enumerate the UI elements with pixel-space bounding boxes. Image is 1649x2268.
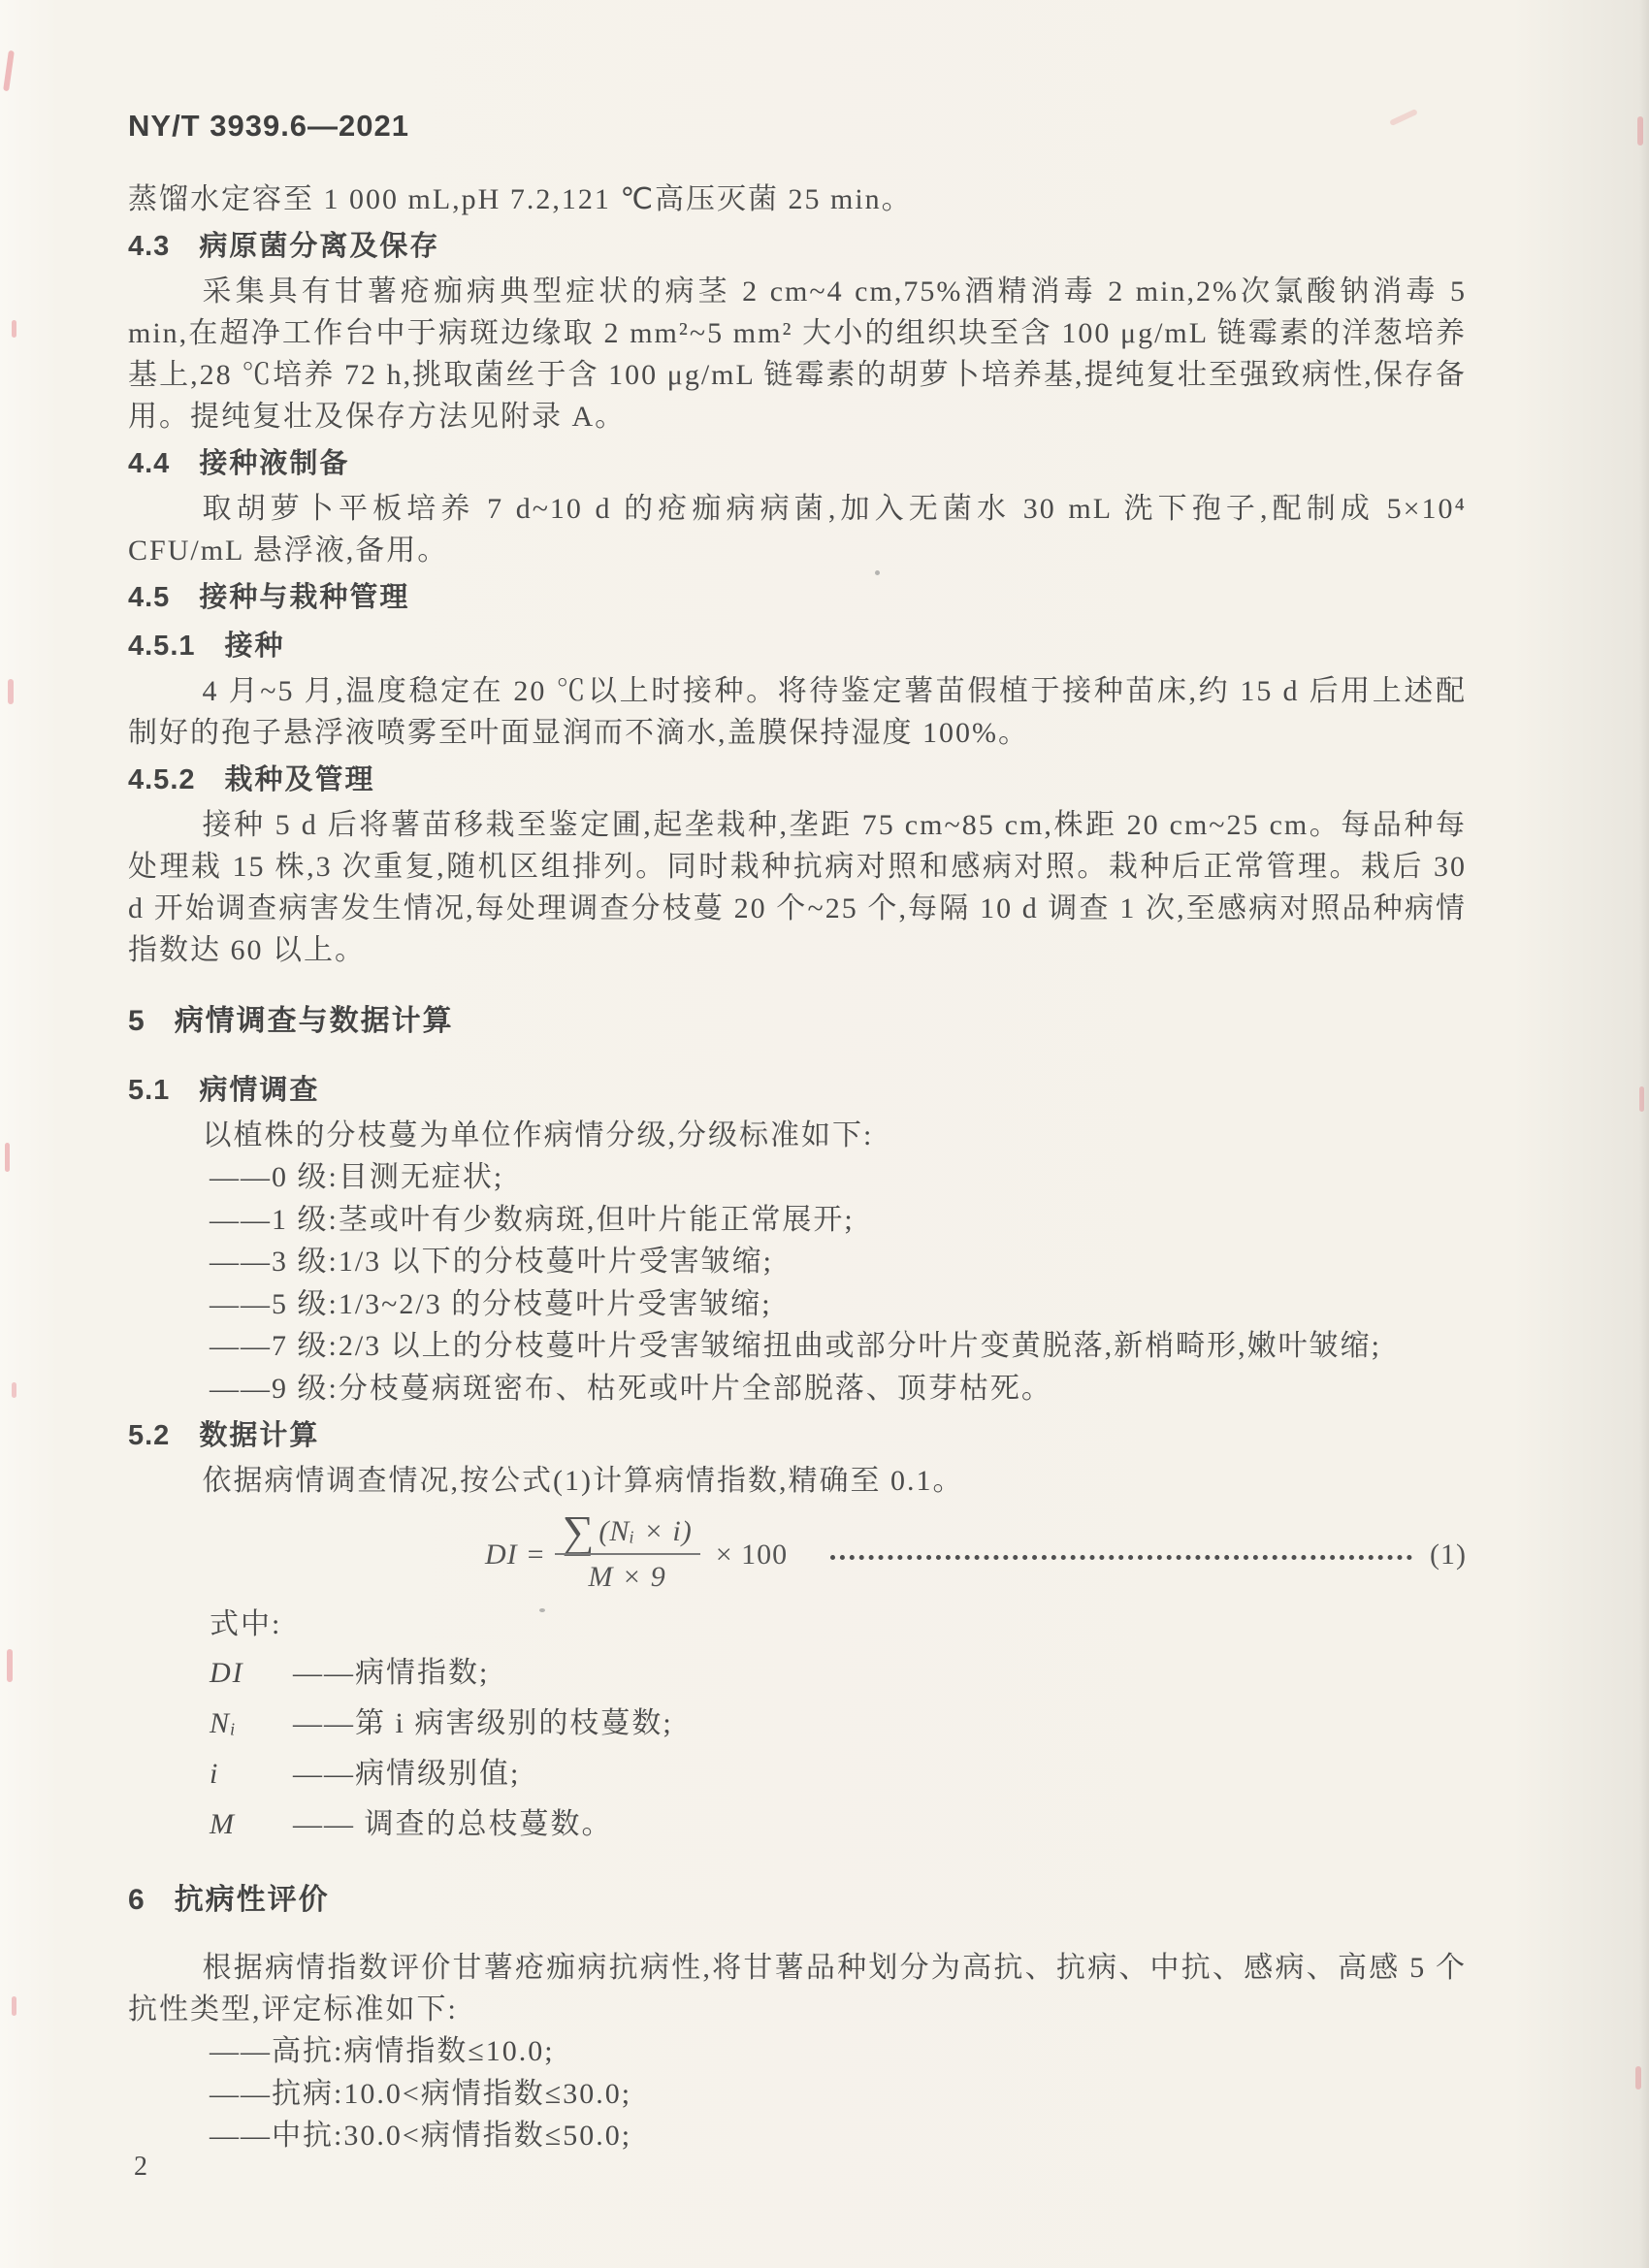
heading-number: 5.1 [128,1068,170,1113]
scan-artifact [3,50,15,91]
scan-artifact [12,1996,16,2016]
dotted-leader [830,1555,1412,1560]
definition-text: ——病情指数; [293,1648,489,1699]
scan-artifact [12,320,16,338]
paragraph-4-3: 采集具有甘薯疮痂病典型症状的病茎 2 cm~4 cm,75%酒精消毒 2 min… [128,271,1467,437]
page-number: 2 [134,2152,147,2183]
heading-title: 抗病性评价 [175,1877,330,1924]
heading-number: 4.5.1 [128,624,196,668]
criteria-item-high-resistance: ——高抗:病情指数≤10.0; [210,2030,1467,2073]
heading-4-4: 4.4 接种液制备 [128,441,1467,486]
sigma-symbol: ∑ [563,1515,596,1548]
heading-5: 5 病情调查与数据计算 [128,998,1467,1045]
heading-number: 4.4 [128,441,170,486]
heading-number: 6 [128,1877,145,1924]
paragraph-4-4: 取胡萝卜平板培养 7 d~10 d 的疮痂病病菌,加入无菌水 30 mL 洗下孢… [128,488,1467,571]
definition-Ni: Nᵢ ——第 i 病害级别的枝蔓数; [210,1699,1467,1749]
grade-item-9: ——9 级:分枝蔓病斑密布、枯死或叶片全部脱落、顶芽枯死。 [210,1368,1467,1410]
formula-multiplier: × 100 [716,1539,788,1571]
definition-M: M —— 调查的总枝蔓数。 [210,1799,1467,1850]
scan-artifact [7,1649,13,1682]
scan-artifact [12,1382,16,1398]
heading-title: 接种与栽种管理 [199,575,409,620]
resistance-criteria-list: ——高抗:病情指数≤10.0; ——抗病:10.0<病情指数≤30.0; ——中… [128,2030,1467,2157]
paragraph-5-1: 以植株的分枝蔓为单位作病情分级,分级标准如下: [128,1115,1467,1156]
scan-artifact [5,1143,10,1172]
heading-4-3: 4.3 病原菌分离及保存 [128,224,1467,269]
grade-item-0: ——0 级:目测无症状; [210,1156,1467,1199]
scan-artifact [1637,116,1643,146]
heading-number: 4.3 [128,224,170,269]
scan-artifact [1639,1086,1644,1112]
paragraph-continuation: 蒸馏水定容至 1 000 mL,pH 7.2,121 ℃高压灭菌 25 min。 [128,178,1467,220]
heading-number: 4.5 [128,575,170,620]
heading-title: 病情调查 [199,1068,319,1113]
definition-DI: DI ——病情指数; [210,1648,1467,1699]
heading-title: 接种液制备 [199,441,349,486]
ink-speck [539,1608,545,1612]
definition-text: —— 调查的总枝蔓数。 [293,1799,613,1850]
grade-item-1: ——1 级:茎或叶有少数病斑,但叶片能正常展开; [210,1199,1467,1242]
definition-term: DI [210,1648,293,1699]
scan-artifact [8,679,14,704]
disease-index-formula: DI = ∑ (Nᵢ × i) M × 9 × 100 (1) [128,1515,1467,1594]
document-page: NY/T 3939.6—2021 蒸馏水定容至 1 000 mL,pH 7.2,… [0,0,1649,2268]
heading-title: 病原菌分离及保存 [199,224,439,269]
grade-item-5: ——5 级:1/3~2/3 的分枝蔓叶片受害皱缩; [210,1283,1467,1326]
formula-fraction: ∑ (Nᵢ × i) M × 9 [555,1515,700,1594]
where-label: 式中: [128,1604,1467,1646]
grade-list: ——0 级:目测无症状; ——1 级:茎或叶有少数病斑,但叶片能正常展开; ——… [128,1156,1467,1409]
formula-denominator: M × 9 [555,1553,700,1594]
formula-lhs: DI [485,1539,518,1571]
definition-text: ——第 i 病害级别的枝蔓数; [293,1699,673,1749]
paragraph-4-5-2: 接种 5 d 后将薯苗移栽至鉴定圃,起垄栽种,垄距 75 cm~85 cm,株距… [128,804,1467,971]
heading-4-5: 4.5 接种与栽种管理 [128,575,1467,620]
heading-title: 接种 [225,624,285,668]
definition-term: Nᵢ [210,1699,293,1749]
heading-number: 5 [128,998,145,1045]
paragraph-5-2: 依据病情调查情况,按公式(1)计算病情指数,精确至 0.1。 [128,1460,1467,1502]
standard-number-header: NY/T 3939.6—2021 [128,109,1467,144]
paragraph-4-5-1: 4 月~5 月,温度稳定在 20 ℃以上时接种。将待鉴定薯苗假植于接种苗床,约 … [128,670,1467,754]
definition-i: i ——病情级别值; [210,1749,1467,1799]
definition-text: ——病情级别值; [293,1749,520,1799]
heading-4-5-1: 4.5.1 接种 [128,624,1467,668]
grade-item-7: ——7 级:2/3 以上的分枝蔓叶片受害皱缩扭曲或部分叶片变黄脱落,新梢畸形,嫩… [210,1325,1467,1368]
heading-6: 6 抗病性评价 [128,1877,1467,1924]
formula-numerator: (Nᵢ × i) [598,1515,692,1548]
heading-number: 5.2 [128,1413,170,1458]
formula-equals: = [528,1539,545,1571]
criteria-item-medium-resistance: ——中抗:30.0<病情指数≤50.0; [210,2115,1467,2157]
heading-5-2: 5.2 数据计算 [128,1413,1467,1458]
paragraph-6: 根据病情指数评价甘薯疮痂病抗病性,将甘薯品种划分为高抗、抗病、中抗、感病、高感 … [128,1947,1467,2030]
scan-artifact [1635,2066,1641,2090]
grade-item-3: ——3 级:1/3 以下的分枝蔓叶片受害皱缩; [210,1241,1467,1283]
ink-speck [875,570,880,575]
equation-number: (1) [1430,1539,1467,1571]
definition-term: M [210,1799,293,1850]
heading-5-1: 5.1 病情调查 [128,1068,1467,1113]
heading-title: 栽种及管理 [225,758,375,802]
symbol-definitions: DI ——病情指数; Nᵢ ——第 i 病害级别的枝蔓数; i ——病情级别值;… [128,1648,1467,1850]
heading-title: 病情调查与数据计算 [175,998,454,1045]
heading-title: 数据计算 [199,1413,319,1458]
heading-number: 4.5.2 [128,758,196,802]
criteria-item-resistance: ——抗病:10.0<病情指数≤30.0; [210,2073,1467,2116]
definition-term: i [210,1749,293,1799]
heading-4-5-2: 4.5.2 栽种及管理 [128,758,1467,802]
